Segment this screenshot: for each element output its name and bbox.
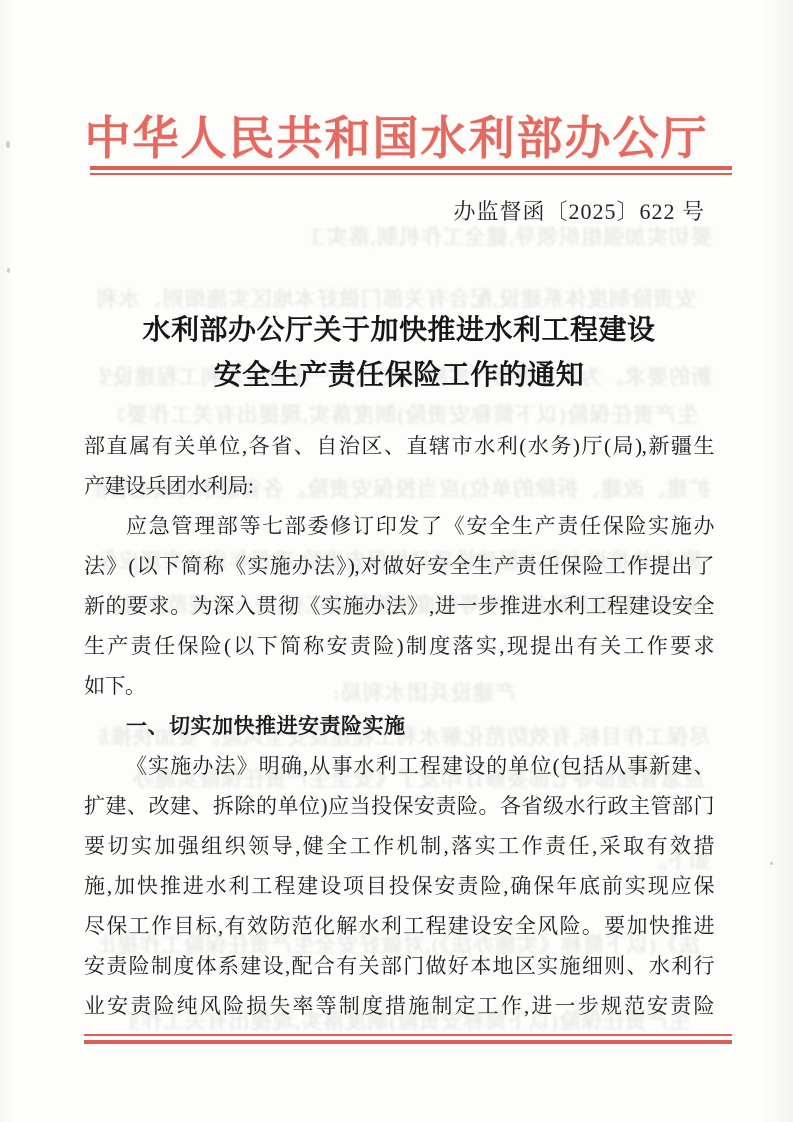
- body-line: 部直属有关单位,各省、自治区、直辖市水利(水务)厅(局),新疆生: [84, 426, 714, 466]
- doc-number: 办监督函〔2025〕622 号: [453, 195, 705, 226]
- body-line: 扩建、改建、拆除的单位)应当投保安责险。各省级水行政主管部门: [84, 786, 714, 826]
- body-line: 新的要求。为深入贯彻《实施办法》,进一步推进水利工程建设安全: [84, 586, 714, 626]
- body-line: 要切实加强组织领导,健全工作机制,落实工作责任,采取有效措: [84, 826, 714, 866]
- document-title: 水利部办公厅关于加快推进水利工程建设 安全生产责任保险工作的通知: [84, 308, 714, 398]
- body-text: 部直属有关单位,各省、自治区、直辖市水利(水务)厅(局),新疆生 产建设兵团水利…: [84, 426, 714, 1026]
- body-line: 尽保工作目标,有效防范化解水利工程建设安全风险。要加快推进: [84, 906, 714, 946]
- body-line: 安责险制度体系建设,配合有关部门做好本地区实施细则、水利行: [84, 946, 714, 986]
- bleedthrough-text: 要切实加强组织领导,健全工作机制,落实工作责任,采取有效措: [312, 224, 712, 250]
- scan-speck: [770, 862, 773, 865]
- body-line: 法》(以下简称《实施办法》),对做好安全生产责任保险工作提出了: [84, 546, 714, 586]
- body-line: 应急管理部等七部委修订印发了《安全生产责任保险实施办: [84, 506, 714, 546]
- body-line: 生产责任保险(以下简称安责险)制度落实,现提出有关工作要求: [84, 626, 714, 666]
- body-line: 《实施办法》明确,从事水利工程建设的单位(包括从事新建、: [84, 746, 714, 786]
- body-line: 如下。: [84, 666, 714, 706]
- header-rule-thick: [90, 166, 732, 170]
- letterhead-title: 中华人民共和国水利部办公厅: [0, 102, 793, 168]
- body-line: 业安责险纯风险损失率等制度措施制定工作,进一步规范安责险: [84, 986, 714, 1026]
- bleedthrough-text: 生产责任保险(以下简称安责险)制度落实,现提出有关工作要求: [118, 402, 698, 428]
- scan-speck: [6, 141, 10, 148]
- body-line: 产建设兵团水利局:: [84, 466, 714, 506]
- footer-rule-thin: [84, 1034, 732, 1036]
- header-rule-thin: [90, 173, 732, 175]
- document-title-line1: 水利部办公厅关于加快推进水利工程建设: [84, 308, 714, 353]
- body-line: 施,加快推进水利工程建设项目投保安责险,确保年底前实现应保: [84, 866, 714, 906]
- body-section-heading: 一、切实加快推进安责险实施: [84, 706, 714, 746]
- footer-rule-thick: [84, 1040, 732, 1044]
- document-title-line2: 安全生产责任保险工作的通知: [84, 353, 714, 398]
- scanned-document-page: 要切实加强组织领导,健全工作机制,落实工作责任,采取有效措 安责险制度体系建设,…: [0, 0, 793, 1122]
- scan-speck: [7, 268, 10, 273]
